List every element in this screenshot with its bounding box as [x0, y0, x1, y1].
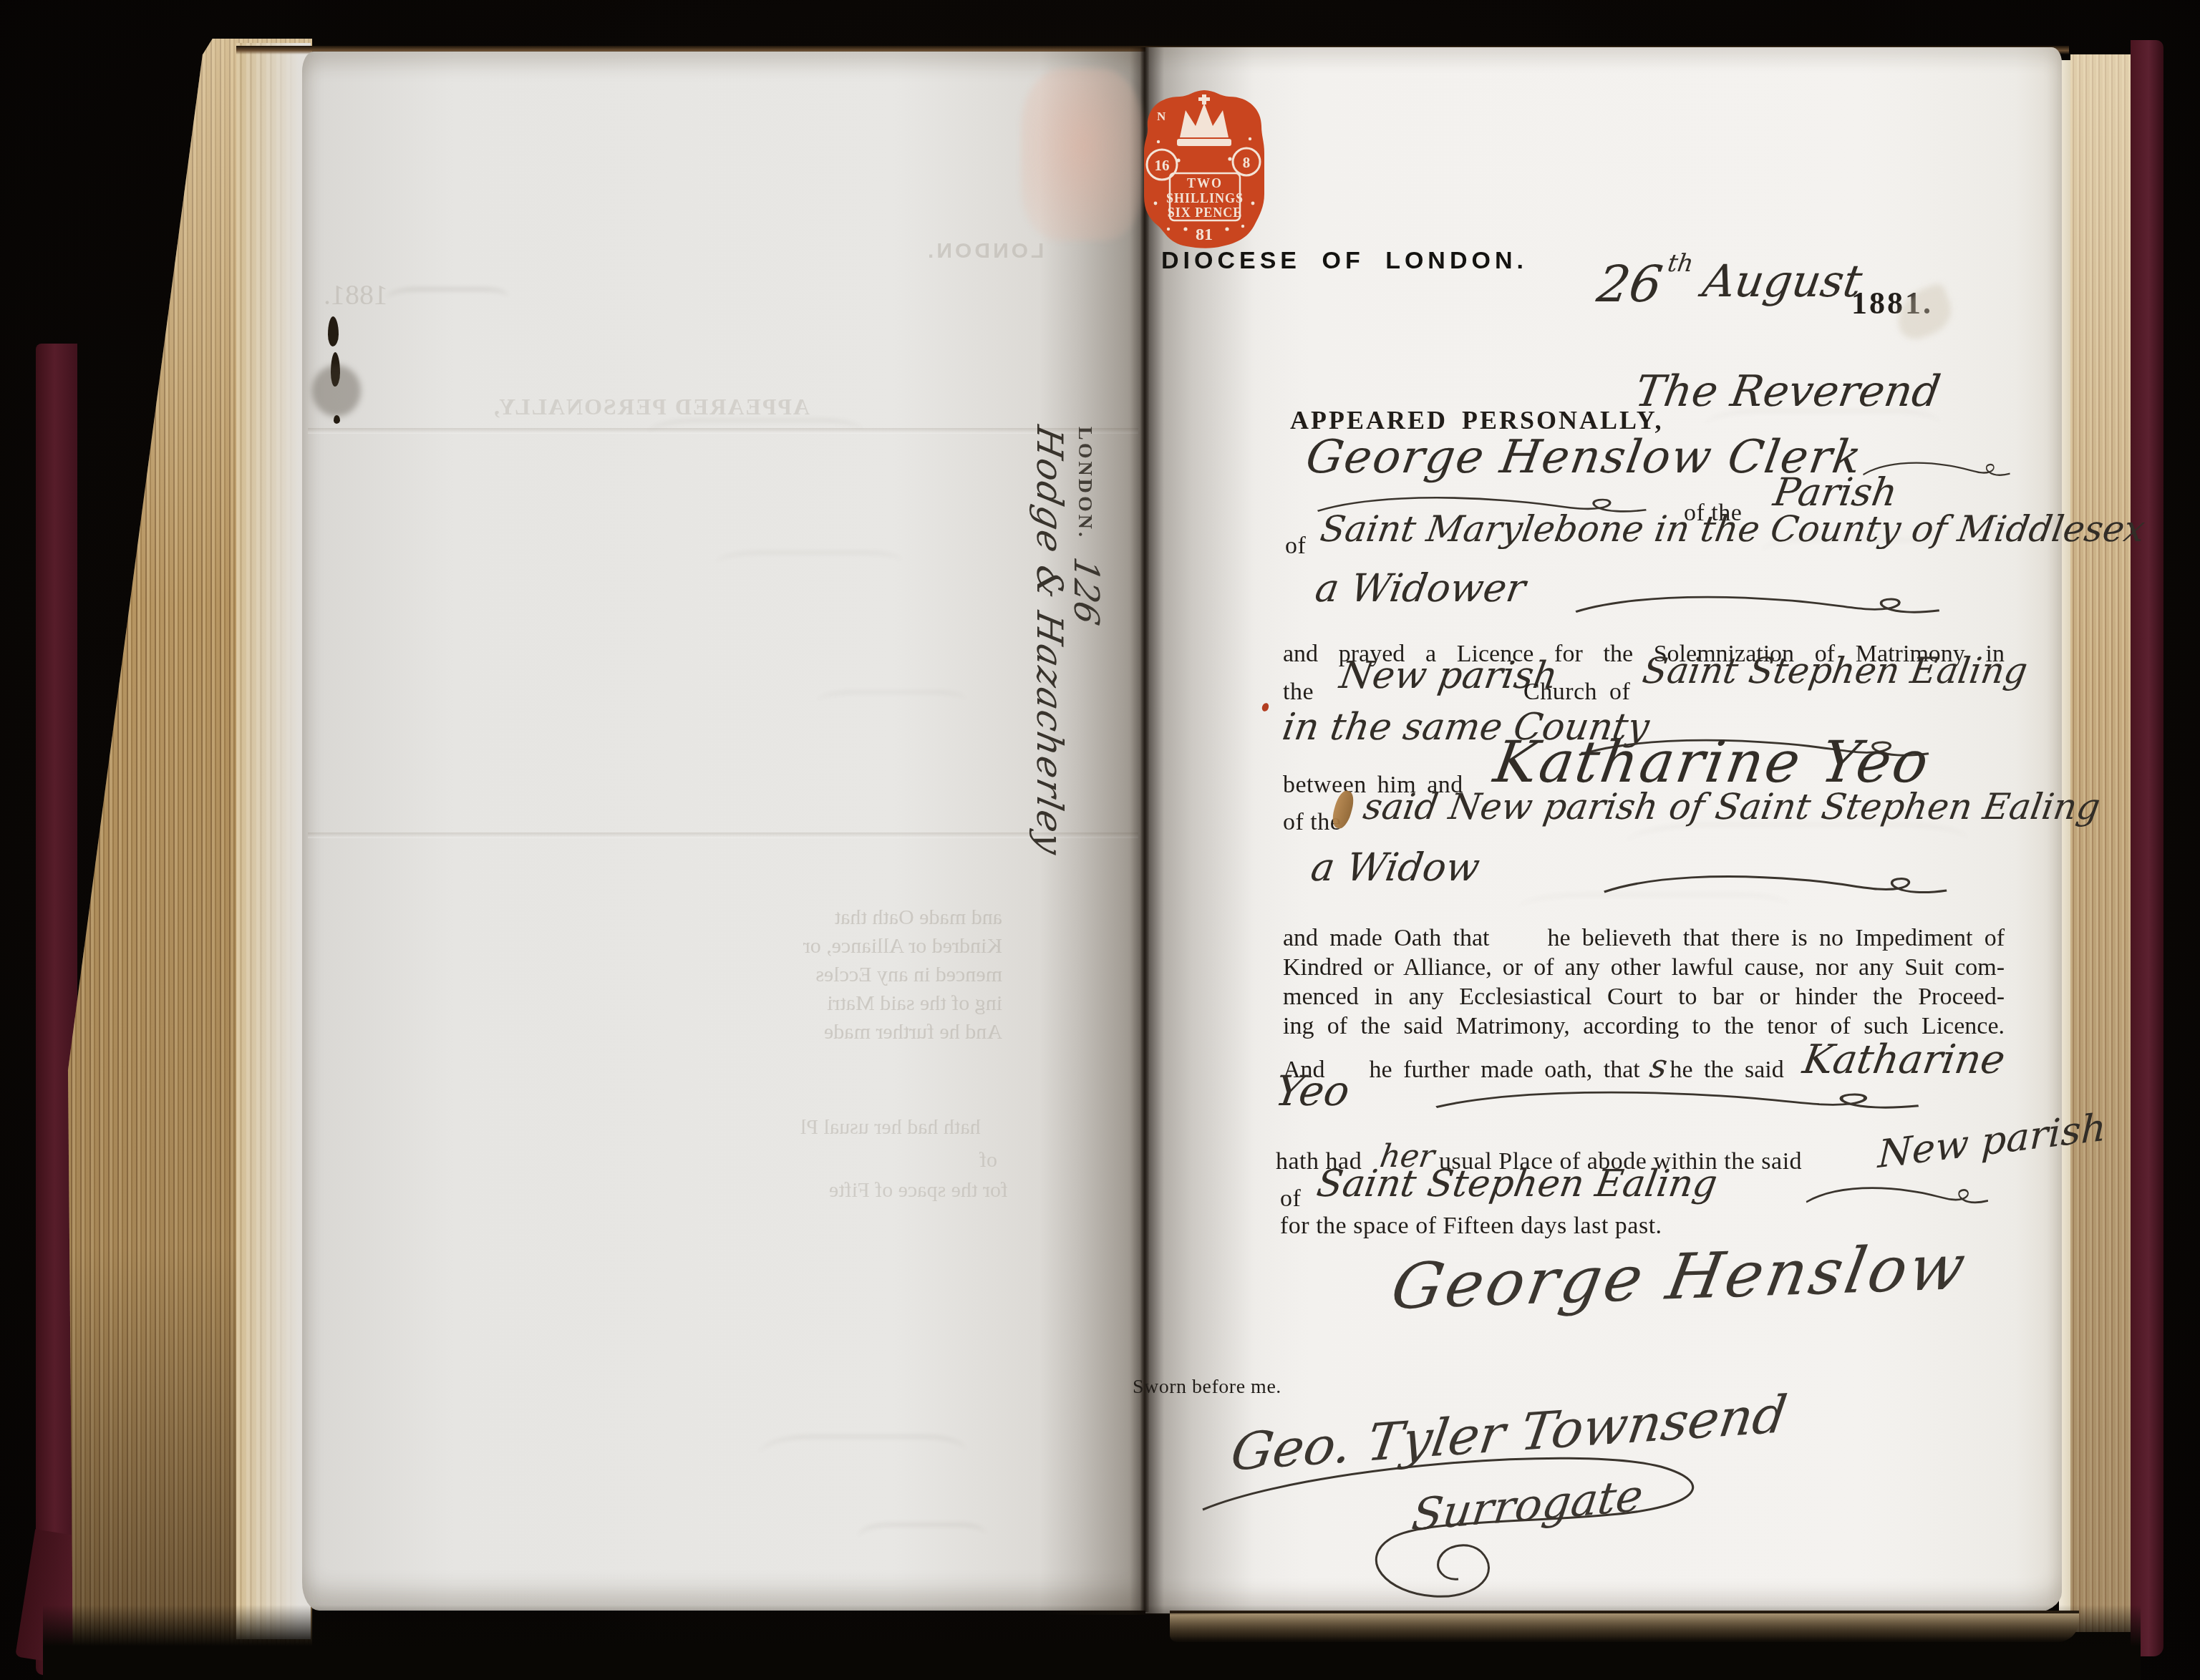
- diocese-header: DIOCESE OF LONDON.: [1161, 247, 1528, 275]
- surrogate-flourish: [1192, 1434, 1743, 1649]
- bleed-smear: [1761, 538, 1933, 567]
- bottom-shadow: [43, 1605, 2141, 1680]
- ghost-oath-line: And he further made: [796, 1018, 1002, 1047]
- ghost-year-text: 1881.: [324, 278, 388, 311]
- revenue-stamp: N 16 8 TWO SHILLINGS SIX PENCE 81: [1143, 89, 1266, 252]
- printed-fifteen-days: for the space of Fifteen days last past.: [1280, 1213, 1662, 1240]
- ghost-abode-line: hath had her usual Pl: [800, 1115, 981, 1140]
- spine-entry-number: 126: [1066, 554, 1106, 628]
- hw-bride-parish: said New parish of Saint Stephen Ealing: [1360, 786, 2103, 827]
- page-fore-edge-left-inner: [236, 43, 311, 1639]
- flourish-line: [1430, 1087, 1924, 1117]
- hw-inserted-s: s: [1647, 1047, 1670, 1085]
- stamp-corner-letter: N: [1157, 110, 1166, 123]
- bleed-smear: [858, 1523, 987, 1552]
- oath-line5-printed-b: he the said: [1670, 1057, 1783, 1083]
- printed-oath-line-5: And he further made oath, thatshe the sa…: [1283, 1041, 2006, 1087]
- bleed-smear: [1518, 893, 1790, 925]
- ink-blot-smudge: [312, 365, 361, 417]
- hw-katharine: Katharine: [1800, 1036, 2008, 1083]
- bleed-smear: [716, 551, 902, 576]
- book-cover-left: [36, 344, 77, 1675]
- hw-abode-parish-name: Saint Stephen Ealing: [1314, 1162, 1720, 1205]
- bleed-smear: [387, 288, 508, 309]
- ghost-oath-line: ing of the said Matri: [796, 989, 1002, 1018]
- bleed-smear: [1625, 823, 1969, 866]
- ghost-appeared-text: APPEARED PERSONALLY,: [493, 394, 810, 420]
- ghost-oath-line: and made Oath that: [796, 903, 1002, 932]
- printed-of-2: of: [1280, 1185, 1301, 1213]
- handwritten-date: 26 th August: [1594, 255, 1866, 314]
- printed-oath-line: Kindred or Alliance, or of any other law…: [1283, 953, 2005, 982]
- svg-text:TWO: TWO: [1187, 176, 1223, 190]
- svg-text:SIX PENCE: SIX PENCE: [1168, 205, 1243, 220]
- svg-text:SHILLINGS: SHILLINGS: [1166, 191, 1244, 205]
- book-cover-right: [2131, 40, 2163, 1656]
- ghost-oath-line: menced in any Eccles: [796, 961, 1002, 989]
- hw-church-name: Saint Stephen Ealing: [1639, 650, 2030, 691]
- printed-sworn-before-me: Sworn before me.: [1133, 1376, 1281, 1399]
- stamp-right-number: 8: [1243, 154, 1251, 171]
- hw-parish-of-residence: Saint Marylebone in the County of Middle…: [1317, 508, 2148, 550]
- flourish-line: [1571, 591, 1944, 621]
- ghost-london-text: LONDON.: [925, 239, 1044, 263]
- printed-oath-line: and made Oath that he believeth that the…: [1283, 923, 2005, 953]
- hw-bride-status: a Widow: [1308, 845, 1483, 890]
- date-day: 26: [1594, 255, 1667, 314]
- hw-yeo: Yeo: [1272, 1067, 1353, 1115]
- photo-open-register-book: 1881. LONDON. APPEARED PERSONALLY, and m…: [0, 0, 2200, 1680]
- bleed-smear: [1704, 409, 1940, 444]
- printed-church-of: Church of: [1523, 679, 1630, 706]
- stamp-left-number: 16: [1155, 157, 1170, 174]
- page-fore-edge-right: [2070, 54, 2133, 1632]
- date-month: August: [1700, 255, 1866, 307]
- printed-of: of: [1285, 533, 1306, 560]
- printed-the: the: [1283, 679, 1314, 706]
- spine-annotation-line1: LONDON. 126: [1066, 427, 1106, 870]
- flourish-line: [1804, 1183, 1990, 1211]
- ghost-fifteen-line: for the space of Fifte: [829, 1178, 1008, 1203]
- ink-blot-speck: [334, 415, 340, 424]
- spine-printed-label: LONDON.: [1073, 427, 1106, 540]
- printed-oath-line: menced in any Ecclesiastical Court to ba…: [1283, 982, 2005, 1011]
- date-ordinal: th: [1666, 249, 1696, 278]
- stamp-bleed-ghost: [1021, 69, 1143, 241]
- ghost-oath-line: Kindred or Alliance, or: [796, 932, 1002, 961]
- spine-annotation: LONDON. 126 Hodge & Hazacherley: [1013, 427, 1106, 870]
- bleed-smear: [759, 1435, 966, 1475]
- bleed-smear: [648, 419, 863, 447]
- spine-handwritten-names: Hodge & Hazacherley: [1029, 422, 1070, 875]
- ghost-of: of: [979, 1148, 997, 1172]
- ghost-oath-paragraph: and made Oath that Kindred or Alliance, …: [796, 903, 1002, 1047]
- bleed-smear: [816, 691, 966, 714]
- stamp-year: 81: [1196, 225, 1213, 244]
- hw-marital-status: a Widower: [1312, 565, 1528, 611]
